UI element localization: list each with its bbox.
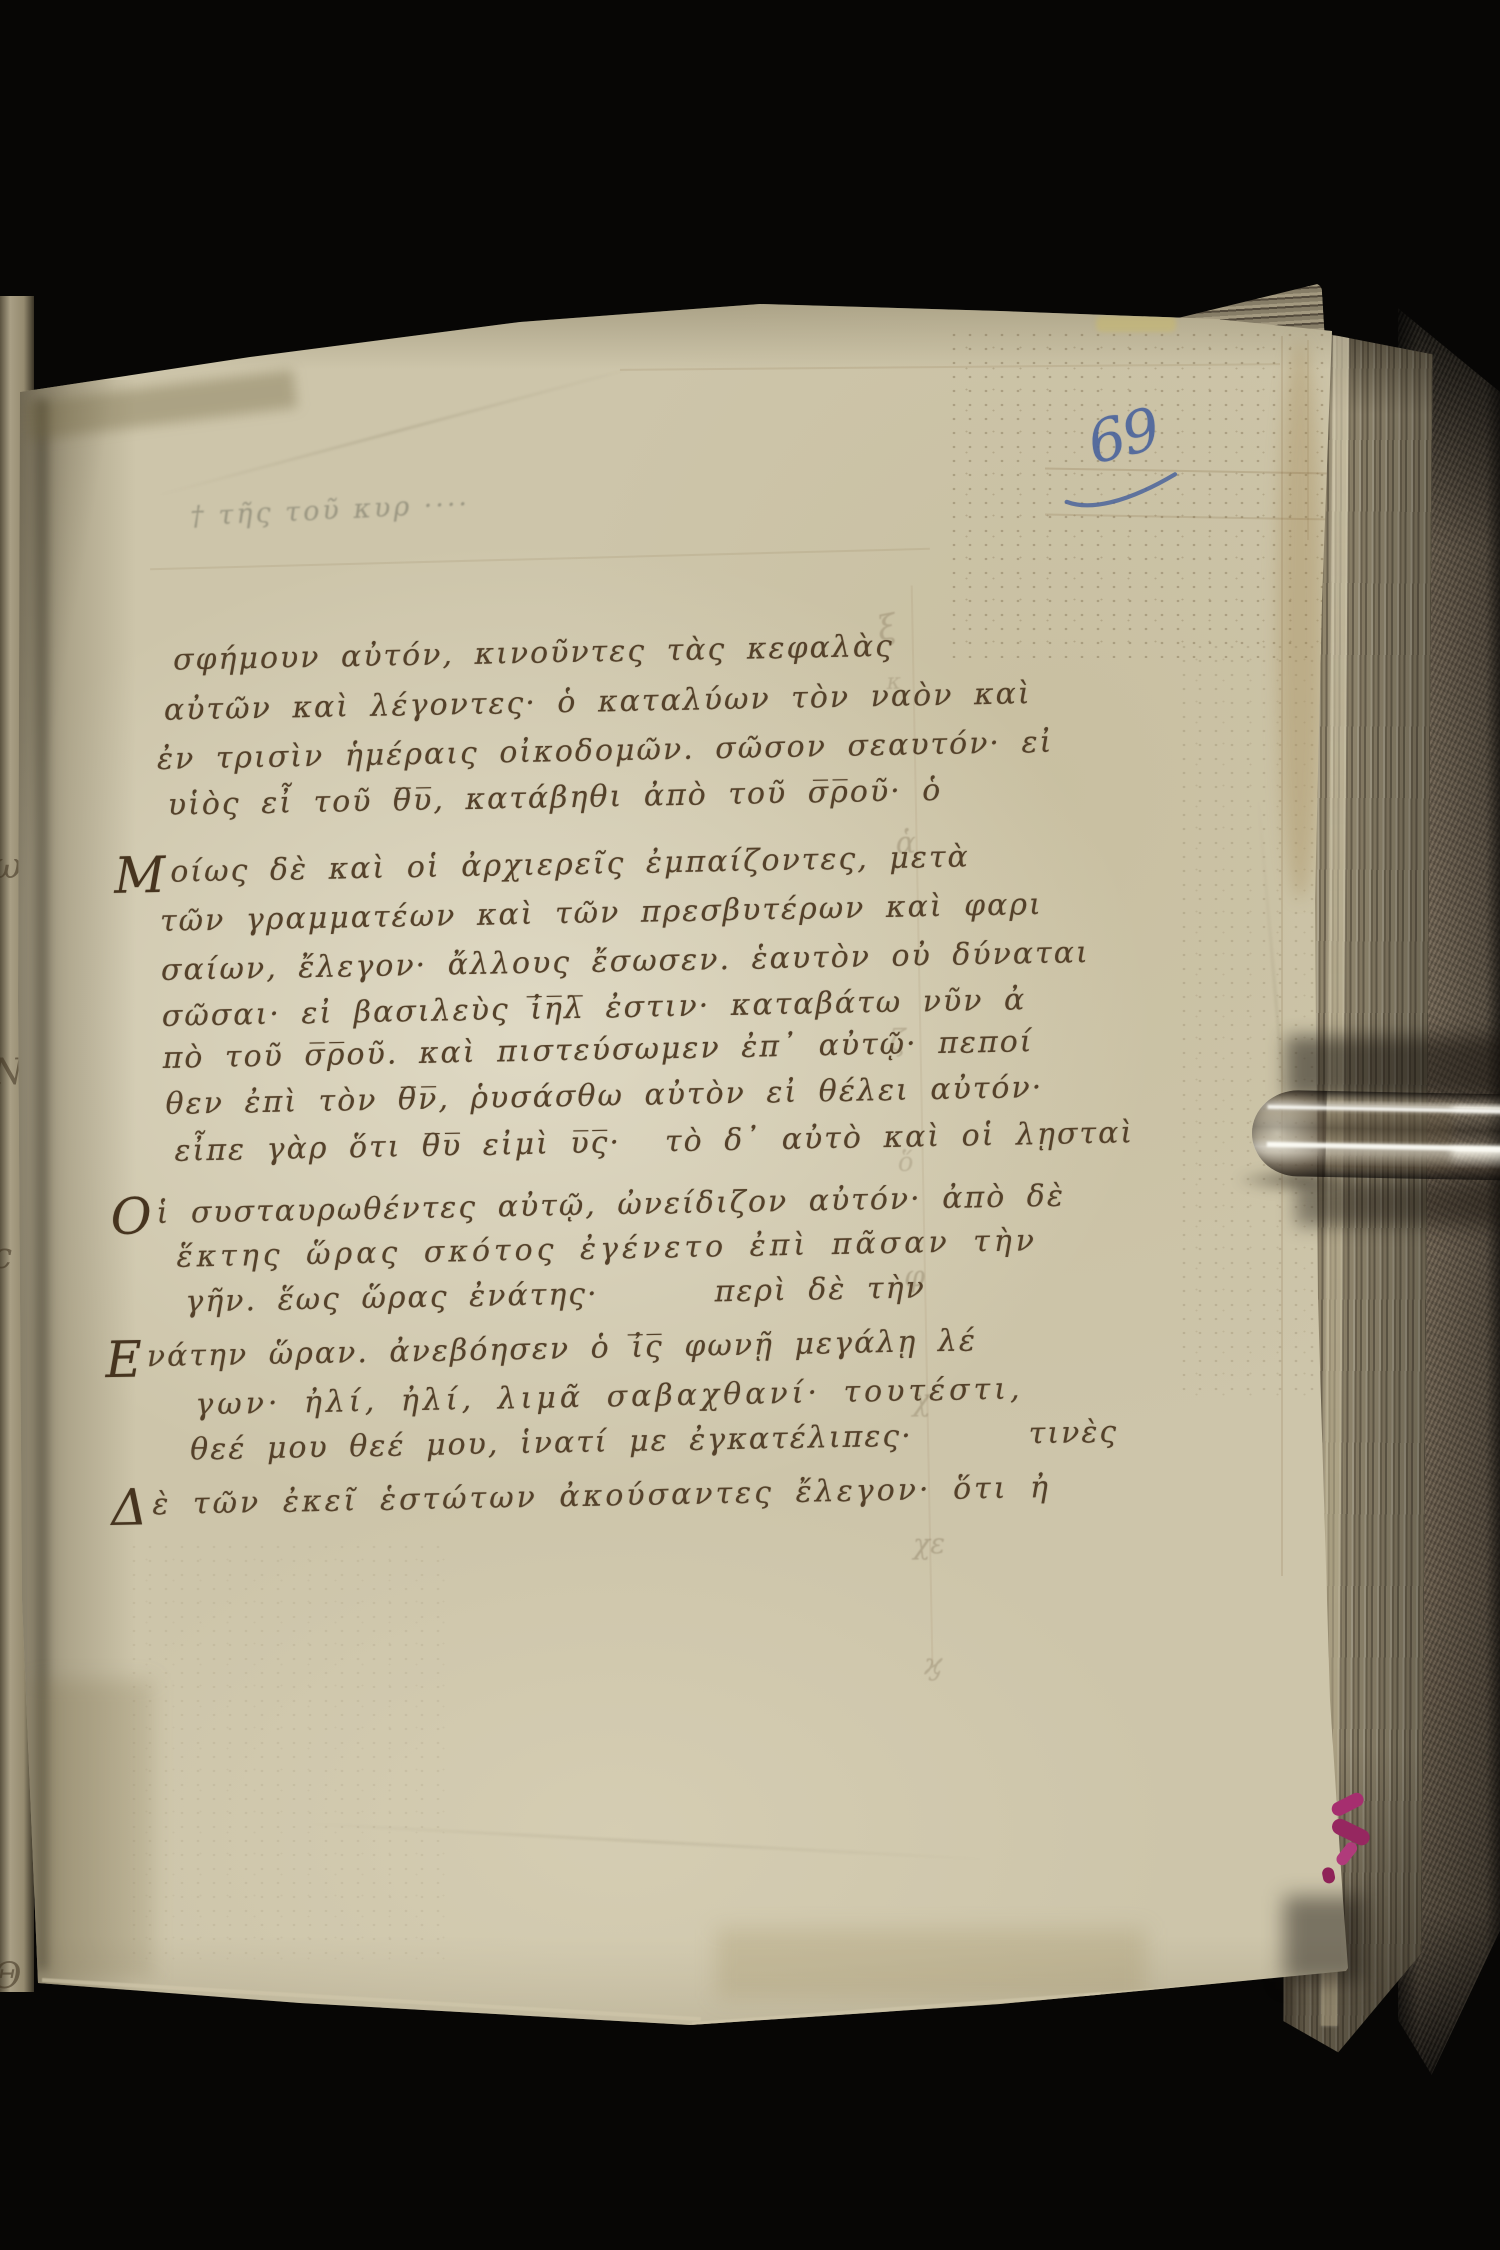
glass-rod-page-weight <box>1251 1090 1500 1181</box>
ribbon-tail <box>1321 1866 1336 1884</box>
manuscript-page: † τῆς τοῦ κυρ ···· 69 σφήμουν αὐτόν, κιν… <box>16 300 1352 2040</box>
line-text: νάτην ὥραν. ἀνεβόησεν ὁ ἰ̅ς̅ φωνῇ μεγάλῃ… <box>147 1323 978 1374</box>
facing-page-letter-fragment: Θ <box>0 1956 22 1992</box>
line-text: ἐν τρισὶν ἡμέραις οἰκοδομῶν. σῶσον σεαυτ… <box>157 725 1054 777</box>
line-text-2: τινὲς <box>1028 1415 1118 1452</box>
manuscript-photo-stage: ω Ν ϲ Θ † τῆς τοῦ κυρ ···· 69 <box>0 0 1500 2250</box>
margin-mark: φ <box>904 1259 926 1294</box>
rod-shadow-on-stack <box>1286 1036 1500 1098</box>
text-line: σφήμουν αὐτόν, κινοῦντες τὰς κεφαλὰς <box>168 629 895 678</box>
ribbon-loop <box>1329 1790 1366 1818</box>
text-line: θεέ μου θεέ μου, ἱνατί με ἐγκατέλιπες·τι… <box>185 1415 1119 1468</box>
facing-page-letter-fragment: ω <box>0 846 21 887</box>
line-initial: Μ <box>114 846 166 905</box>
line-initial: Ο <box>110 1187 152 1246</box>
line-text: ἱ συσταυρωθέντες αὐτῷ, ὠνείδιζον αὐτόν· … <box>156 1179 1065 1231</box>
margin-mark: ὅ <box>898 1148 914 1178</box>
line-initial: Ε <box>105 1330 143 1389</box>
line-initial <box>167 634 168 692</box>
ribbon-loop <box>1334 1840 1359 1868</box>
margin-mark: ζ <box>889 1024 906 1059</box>
line-text: αὐτῶν καὶ λέγοντες· ὁ καταλύων τὸν ναὸν … <box>164 676 1032 728</box>
bottom-corner-shadow <box>1284 1896 1364 1982</box>
margin-mark: χε <box>913 1527 946 1561</box>
text-block: σφήμουν αὐτόν, κινοῦντες τὰς κεφαλὰς αὐτ… <box>9 277 1378 2042</box>
line-text: ὲ τῶν ἐκεῖ ἑστώτων ἀκούσαντες ἔλεγον· ὅτ… <box>152 1470 1051 1522</box>
text-line: τῶν γραμματέων καὶ τῶν πρεσβυτέρων καὶ φ… <box>155 887 1043 939</box>
margin-mark: ἁ <box>895 825 916 860</box>
line-text-2: περὶ δὲ τὴν <box>714 1270 926 1309</box>
line-text: τῶν γραμματέων καὶ τῶν πρεσβυτέρων καὶ φ… <box>160 887 1043 939</box>
line-text: σαίων, ἔλεγον· ἄλλους ἔσωσεν. ἑαυτὸν οὐ … <box>161 935 1090 988</box>
line-text: θεν ἐπὶ τὸν θ̅ν̅, ῥυσάσθω αὐτὸν εἰ θέλει… <box>165 1070 1043 1122</box>
text-line: σαίων, ἔλεγον· ἄλλους ἔσωσεν. ἑαυτὸν οὐ … <box>156 935 1090 988</box>
text-line: γων· ἠλί, ἠλί, λιμᾶ σαβαχθανί· τουτέστι, <box>190 1371 1024 1422</box>
line-text: σφήμουν αὐτόν, κινοῦντες τὰς κεφαλὰς <box>173 629 895 678</box>
text-line: ἐν τρισὶν ἡμέραις οἰκοδομῶν. σῶσον σεαυτ… <box>152 725 1054 777</box>
margin-mark: κ <box>886 670 901 695</box>
text-line: Ενάτην ὥραν. ἀνεβόησεν ὁ ἰ̅ς̅ φωνῇ μεγάλ… <box>105 1323 977 1375</box>
facing-page-letter-fragment: ϲ <box>0 1236 12 1277</box>
line-text: οίως δὲ καὶ οἱ ἀρχιερεῖς ἐμπαίζοντες, με… <box>170 839 970 889</box>
line-text: γων· ἠλί, ἠλί, λιμᾶ σαβαχθανί· τουτέστι, <box>195 1371 1024 1422</box>
text-line: γῆν. ἕως ὥρας ἐνάτης·περὶ δὲ τὴν <box>180 1270 926 1319</box>
text-line: θεν ἐπὶ τὸν θ̅ν̅, ῥυσάσθω αὐτὸν εἰ θέλει… <box>160 1070 1043 1122</box>
text-line: υἱὸς εἶ τοῦ θ̅υ̅, κατάβηθι ἀπὸ τοῦ σ̅ρ̅ο… <box>162 773 942 823</box>
text-line: Μοίως δὲ καὶ οἱ ἀρχιερεῖς ἐμπαίζοντες, μ… <box>114 839 970 890</box>
line-text: υἱὸς εἶ τοῦ θ̅υ̅, κατάβηθι ἀπὸ τοῦ σ̅ρ̅ο… <box>167 773 942 823</box>
line-text: θεέ μου θεέ μου, ἱνατί με ἐγκατέλιπες· <box>190 1419 913 1468</box>
text-line: εἶπε γὰρ ὅτι θ̅υ̅ εἰμὶ υ̅ς̅·τὸ δ᾿ αὐτὸ κ… <box>169 1115 1134 1169</box>
line-text: εἶπε γὰρ ὅτι θ̅υ̅ εἰμὶ υ̅ς̅· <box>174 1125 621 1169</box>
margin-mark: ϗ <box>923 1647 942 1682</box>
text-line: Δὲ τῶν ἐκεῖ ἑστώτων ἀκούσαντες ἔλεγον· ὅ… <box>111 1470 1051 1523</box>
line-initial: Δ <box>111 1478 148 1537</box>
line-text: γῆν. ἕως ὥρας ἐνάτης· <box>185 1277 599 1320</box>
margin-mark: χ <box>912 1383 931 1418</box>
